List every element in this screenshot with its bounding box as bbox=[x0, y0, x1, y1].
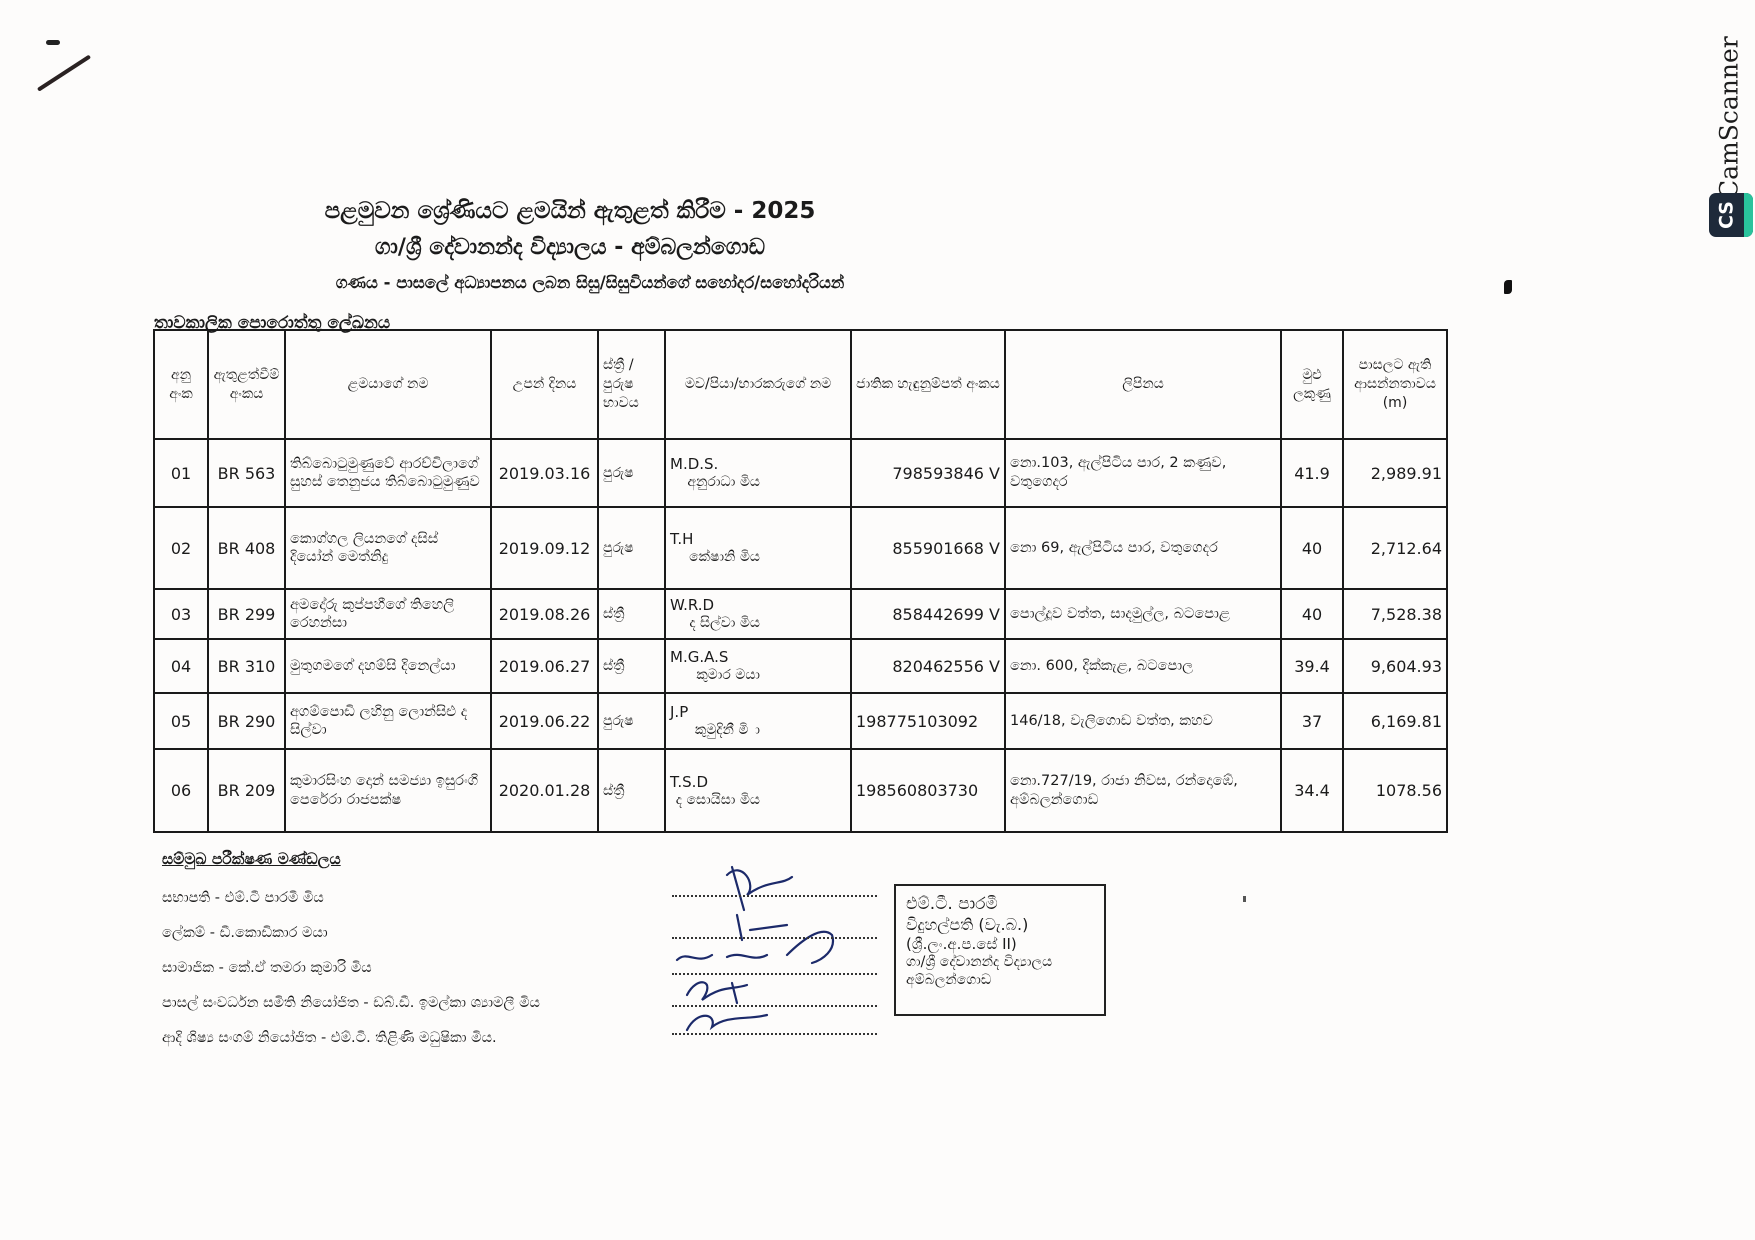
cell-admission-no: BR 209 bbox=[208, 749, 285, 832]
signature-line bbox=[672, 973, 877, 975]
cell-child-name: අගම්පොඩි ලහිනු ලොන්සිළු ද සිල්වා bbox=[285, 693, 491, 749]
cell-address: නො.103, ඇල්පිටිය පාර, 2 කණුව, වතුගෙදර bbox=[1005, 439, 1281, 507]
ink-mark bbox=[1504, 280, 1512, 294]
stamp-name: එම්.ටී. පාරමී bbox=[906, 894, 1094, 915]
cell-marks: 40 bbox=[1281, 589, 1343, 639]
header-serial-no: අනු අංක bbox=[154, 330, 208, 439]
stamp-school: ගා/ශ්‍රී දේවානන්ද විද්‍යාලය bbox=[906, 954, 1094, 972]
cell-dob: 2020.01.28 bbox=[491, 749, 598, 832]
signature-line bbox=[672, 937, 877, 939]
cell-parent: T.S.Dද සොයිසා මිය bbox=[665, 749, 851, 832]
parent-name: කුමාර මයා bbox=[670, 667, 760, 684]
watermark-brand: CamScanner bbox=[1709, 45, 1749, 190]
cell-child-name: කුමාරසිංහ දොන් සමජ්‍යා ඉසුරංගි පෙරේරා රා… bbox=[285, 749, 491, 832]
cell-distance: 2,712.64 bbox=[1343, 507, 1447, 589]
camscanner-logo-icon: CS bbox=[1709, 193, 1753, 237]
table-row: 05 BR 290 අගම්පොඩි ලහිනු ලොන්සිළු ද සිල්… bbox=[154, 693, 1447, 749]
cell-parent: W.R.Dද සිල්වා මිය bbox=[665, 589, 851, 639]
parent-name: ද සිල්වා මිය bbox=[670, 615, 760, 632]
committee-title: සම්මුඛ පරීක්ෂණ මණ්ඩලය bbox=[162, 850, 341, 869]
document-title: පළමුවන ශ්‍රේණියට ළමයින් ඇතුළත් කිරීම - 2… bbox=[320, 198, 820, 224]
cell-address: 146/18, වැලිගොඩ වත්ත, කහව bbox=[1005, 693, 1281, 749]
header-parent-name: මව/පියා/භාරකරුගේ නම bbox=[665, 330, 851, 439]
cell-gender: ස්ත්‍රී bbox=[598, 589, 665, 639]
cell-gender: ස්ත්‍රී bbox=[598, 639, 665, 693]
cell-admission-no: BR 408 bbox=[208, 507, 285, 589]
parent-initials: M.G.A.S bbox=[670, 648, 762, 666]
header-child-name: ළමයාගේ නම bbox=[285, 330, 491, 439]
cell-nic: 855901668 V bbox=[851, 507, 1005, 589]
cell-marks: 40 bbox=[1281, 507, 1343, 589]
category-line: ගණය - පාසලේ අධ්‍යාපනය ලබන සිසු/සිසුවියන්… bbox=[280, 273, 900, 293]
cell-nic: 798593846 V bbox=[851, 439, 1005, 507]
table-row: 02 BR 408 කොග්ගල ලියනගේ දසිස් දියෝන් මෙත… bbox=[154, 507, 1447, 589]
parent-name: ද සොයිසා මිය bbox=[670, 792, 760, 809]
table-row: 04 BR 310 මුතුගමගේ දහම්සි දිනෙල්යා 2019.… bbox=[154, 639, 1447, 693]
committee-member-sdc: පාසල් සංවර්ධන සමිති නියෝජිත - ඩබ්.ඩී. ඉම… bbox=[162, 995, 540, 1011]
parent-name: අනුරාධා මිය bbox=[670, 474, 760, 491]
pen-mark-stroke bbox=[37, 55, 91, 92]
cell-gender: පුරුෂ bbox=[598, 439, 665, 507]
table-row: 03 BR 299 අමදෝරු කුප්පහීගේ තිහෙලි රෙහන්ස… bbox=[154, 589, 1447, 639]
cell-nic: 198775103092 bbox=[851, 693, 1005, 749]
signature-line bbox=[672, 895, 877, 897]
cell-marks: 37 bbox=[1281, 693, 1343, 749]
header-admission-no: ඇතුළත්වීම් අංකය bbox=[208, 330, 285, 439]
header-marks: මුළු ලකුණු bbox=[1281, 330, 1343, 439]
stamp-service: (ශ්‍රී.ලං.අ.ප.සේ II) bbox=[906, 935, 1094, 954]
header-dob: උපන් දිනය bbox=[491, 330, 598, 439]
stamp-title: විදුහල්පති (වැ.බ.) bbox=[906, 915, 1094, 935]
signature-line bbox=[672, 1033, 877, 1035]
parent-initials: W.R.D bbox=[670, 596, 762, 614]
signature-block bbox=[672, 855, 877, 1035]
logo-text: CS bbox=[1709, 198, 1749, 233]
signature-line bbox=[672, 1005, 877, 1007]
table-row: 01 BR 563 තිබ්බොටුමුණුවේ ආරච්චිලාගේ සුහස… bbox=[154, 439, 1447, 507]
parent-initials: T.H bbox=[670, 530, 762, 548]
committee-member: සාමාජික - කේ.ඒ තමරා කුමාරි මිය bbox=[162, 960, 372, 976]
cell-dob: 2019.06.22 bbox=[491, 693, 598, 749]
cell-parent: J.Pකුමුදිනී මි ා bbox=[665, 693, 851, 749]
cell-admission-no: BR 290 bbox=[208, 693, 285, 749]
committee-member-alumni: ආදි ශිෂ්‍ය සංගම් නියෝජිත - එම්.ටී. තිළිණ… bbox=[162, 1030, 497, 1046]
parent-name: කේෂානි මිය bbox=[670, 549, 760, 566]
cell-nic: 198560803730 bbox=[851, 749, 1005, 832]
cell-child-name: තිබ්බොටුමුණුවේ ආරච්චිලාගේ සුහස් තෙනුජය ත… bbox=[285, 439, 491, 507]
principal-stamp: එම්.ටී. පාරමී විදුහල්පති (වැ.බ.) (ශ්‍රී.… bbox=[894, 884, 1106, 1016]
cell-parent: M.G.A.Sකුමාර මයා bbox=[665, 639, 851, 693]
cell-nic: 820462556 V bbox=[851, 639, 1005, 693]
cell-dob: 2019.09.12 bbox=[491, 507, 598, 589]
cell-child-name: මුතුගමගේ දහම්සි දිනෙල්යා bbox=[285, 639, 491, 693]
cell-address: පොල්දූව වත්ත, සාදමුල්ල, බටපොළ bbox=[1005, 589, 1281, 639]
cell-child-name: කොග්ගල ලියනගේ දසිස් දියෝන් මෙත්නිදු bbox=[285, 507, 491, 589]
cell-gender: පුරුෂ bbox=[598, 693, 665, 749]
cell-parent: M.D.S.අනුරාධා මිය bbox=[665, 439, 851, 507]
cell-serial-no: 06 bbox=[154, 749, 208, 832]
parent-name: කුමුදිනී මි ා bbox=[670, 722, 760, 739]
cell-marks: 34.4 bbox=[1281, 749, 1343, 832]
parent-initials: T.S.D bbox=[670, 773, 762, 791]
cell-dob: 2019.06.27 bbox=[491, 639, 598, 693]
header-distance: පාසලට ඇති ආසන්නතාවය (m) bbox=[1343, 330, 1447, 439]
header-gender: ස්ත්‍රී /පුරුෂ භාවය bbox=[598, 330, 665, 439]
cell-marks: 41.9 bbox=[1281, 439, 1343, 507]
cell-admission-no: BR 563 bbox=[208, 439, 285, 507]
parent-initials: M.D.S. bbox=[670, 455, 762, 473]
cell-marks: 39.4 bbox=[1281, 639, 1343, 693]
cell-child-name: අමදෝරු කුප්පහීගේ තිහෙලි රෙහන්සා bbox=[285, 589, 491, 639]
cell-distance: 6,169.81 bbox=[1343, 693, 1447, 749]
cell-serial-no: 04 bbox=[154, 639, 208, 693]
header-address: ලිපිනය bbox=[1005, 330, 1281, 439]
cell-serial-no: 01 bbox=[154, 439, 208, 507]
cell-distance: 2,989.91 bbox=[1343, 439, 1447, 507]
signature-scribbles bbox=[672, 855, 877, 1035]
cell-serial-no: 02 bbox=[154, 507, 208, 589]
cell-parent: T.Hකේෂානි මිය bbox=[665, 507, 851, 589]
table-row: 06 BR 209 කුමාරසිංහ දොන් සමජ්‍යා ඉසුරංගි… bbox=[154, 749, 1447, 832]
cell-address: නො.727/19, රාජා නිවස, රන්දොඹේ, අම්බලන්ගො… bbox=[1005, 749, 1281, 832]
cell-serial-no: 05 bbox=[154, 693, 208, 749]
cell-gender: පුරුෂ bbox=[598, 507, 665, 589]
waiting-list-table: අනු අංක ඇතුළත්වීම් අංකය ළමයාගේ නම උපන් ද… bbox=[153, 329, 1448, 833]
stamp-town: අම්බලන්ගොඩ bbox=[906, 972, 1094, 990]
cell-distance: 1078.56 bbox=[1343, 749, 1447, 832]
committee-member-chair: සභාපති - එම්.ටී පාරමී මිය bbox=[162, 890, 324, 906]
cell-address: නො. 600, දික්කැළ, බටපොල bbox=[1005, 639, 1281, 693]
cell-nic: 858442699 V bbox=[851, 589, 1005, 639]
cell-admission-no: BR 310 bbox=[208, 639, 285, 693]
parent-initials: J.P bbox=[670, 703, 762, 721]
cell-dob: 2019.03.16 bbox=[491, 439, 598, 507]
cell-dob: 2019.08.26 bbox=[491, 589, 598, 639]
cell-admission-no: BR 299 bbox=[208, 589, 285, 639]
cell-distance: 9,604.93 bbox=[1343, 639, 1447, 693]
school-name: ගා/ශ්‍රී දේවානන්ද විද්‍යාලය - අම්බලන්ගොඩ bbox=[340, 235, 800, 260]
committee-member-secretary: ලේකම් - ඩී.කොඩිකාර මයා bbox=[162, 925, 328, 941]
header-nic: ජාතික හැඳුනුම්පත් අංකය bbox=[851, 330, 1005, 439]
cell-address: නො 69, ඇල්පිටිය පාර, වතුගෙදර bbox=[1005, 507, 1281, 589]
camscanner-watermark: CamScanner CS bbox=[1709, 45, 1749, 245]
pen-mark-dot bbox=[46, 40, 60, 45]
ink-dot bbox=[1243, 896, 1246, 902]
cell-serial-no: 03 bbox=[154, 589, 208, 639]
cell-distance: 7,528.38 bbox=[1343, 589, 1447, 639]
table-header-row: අනු අංක ඇතුළත්වීම් අංකය ළමයාගේ නම උපන් ද… bbox=[154, 330, 1447, 439]
cell-gender: ස්ත්‍රී bbox=[598, 749, 665, 832]
